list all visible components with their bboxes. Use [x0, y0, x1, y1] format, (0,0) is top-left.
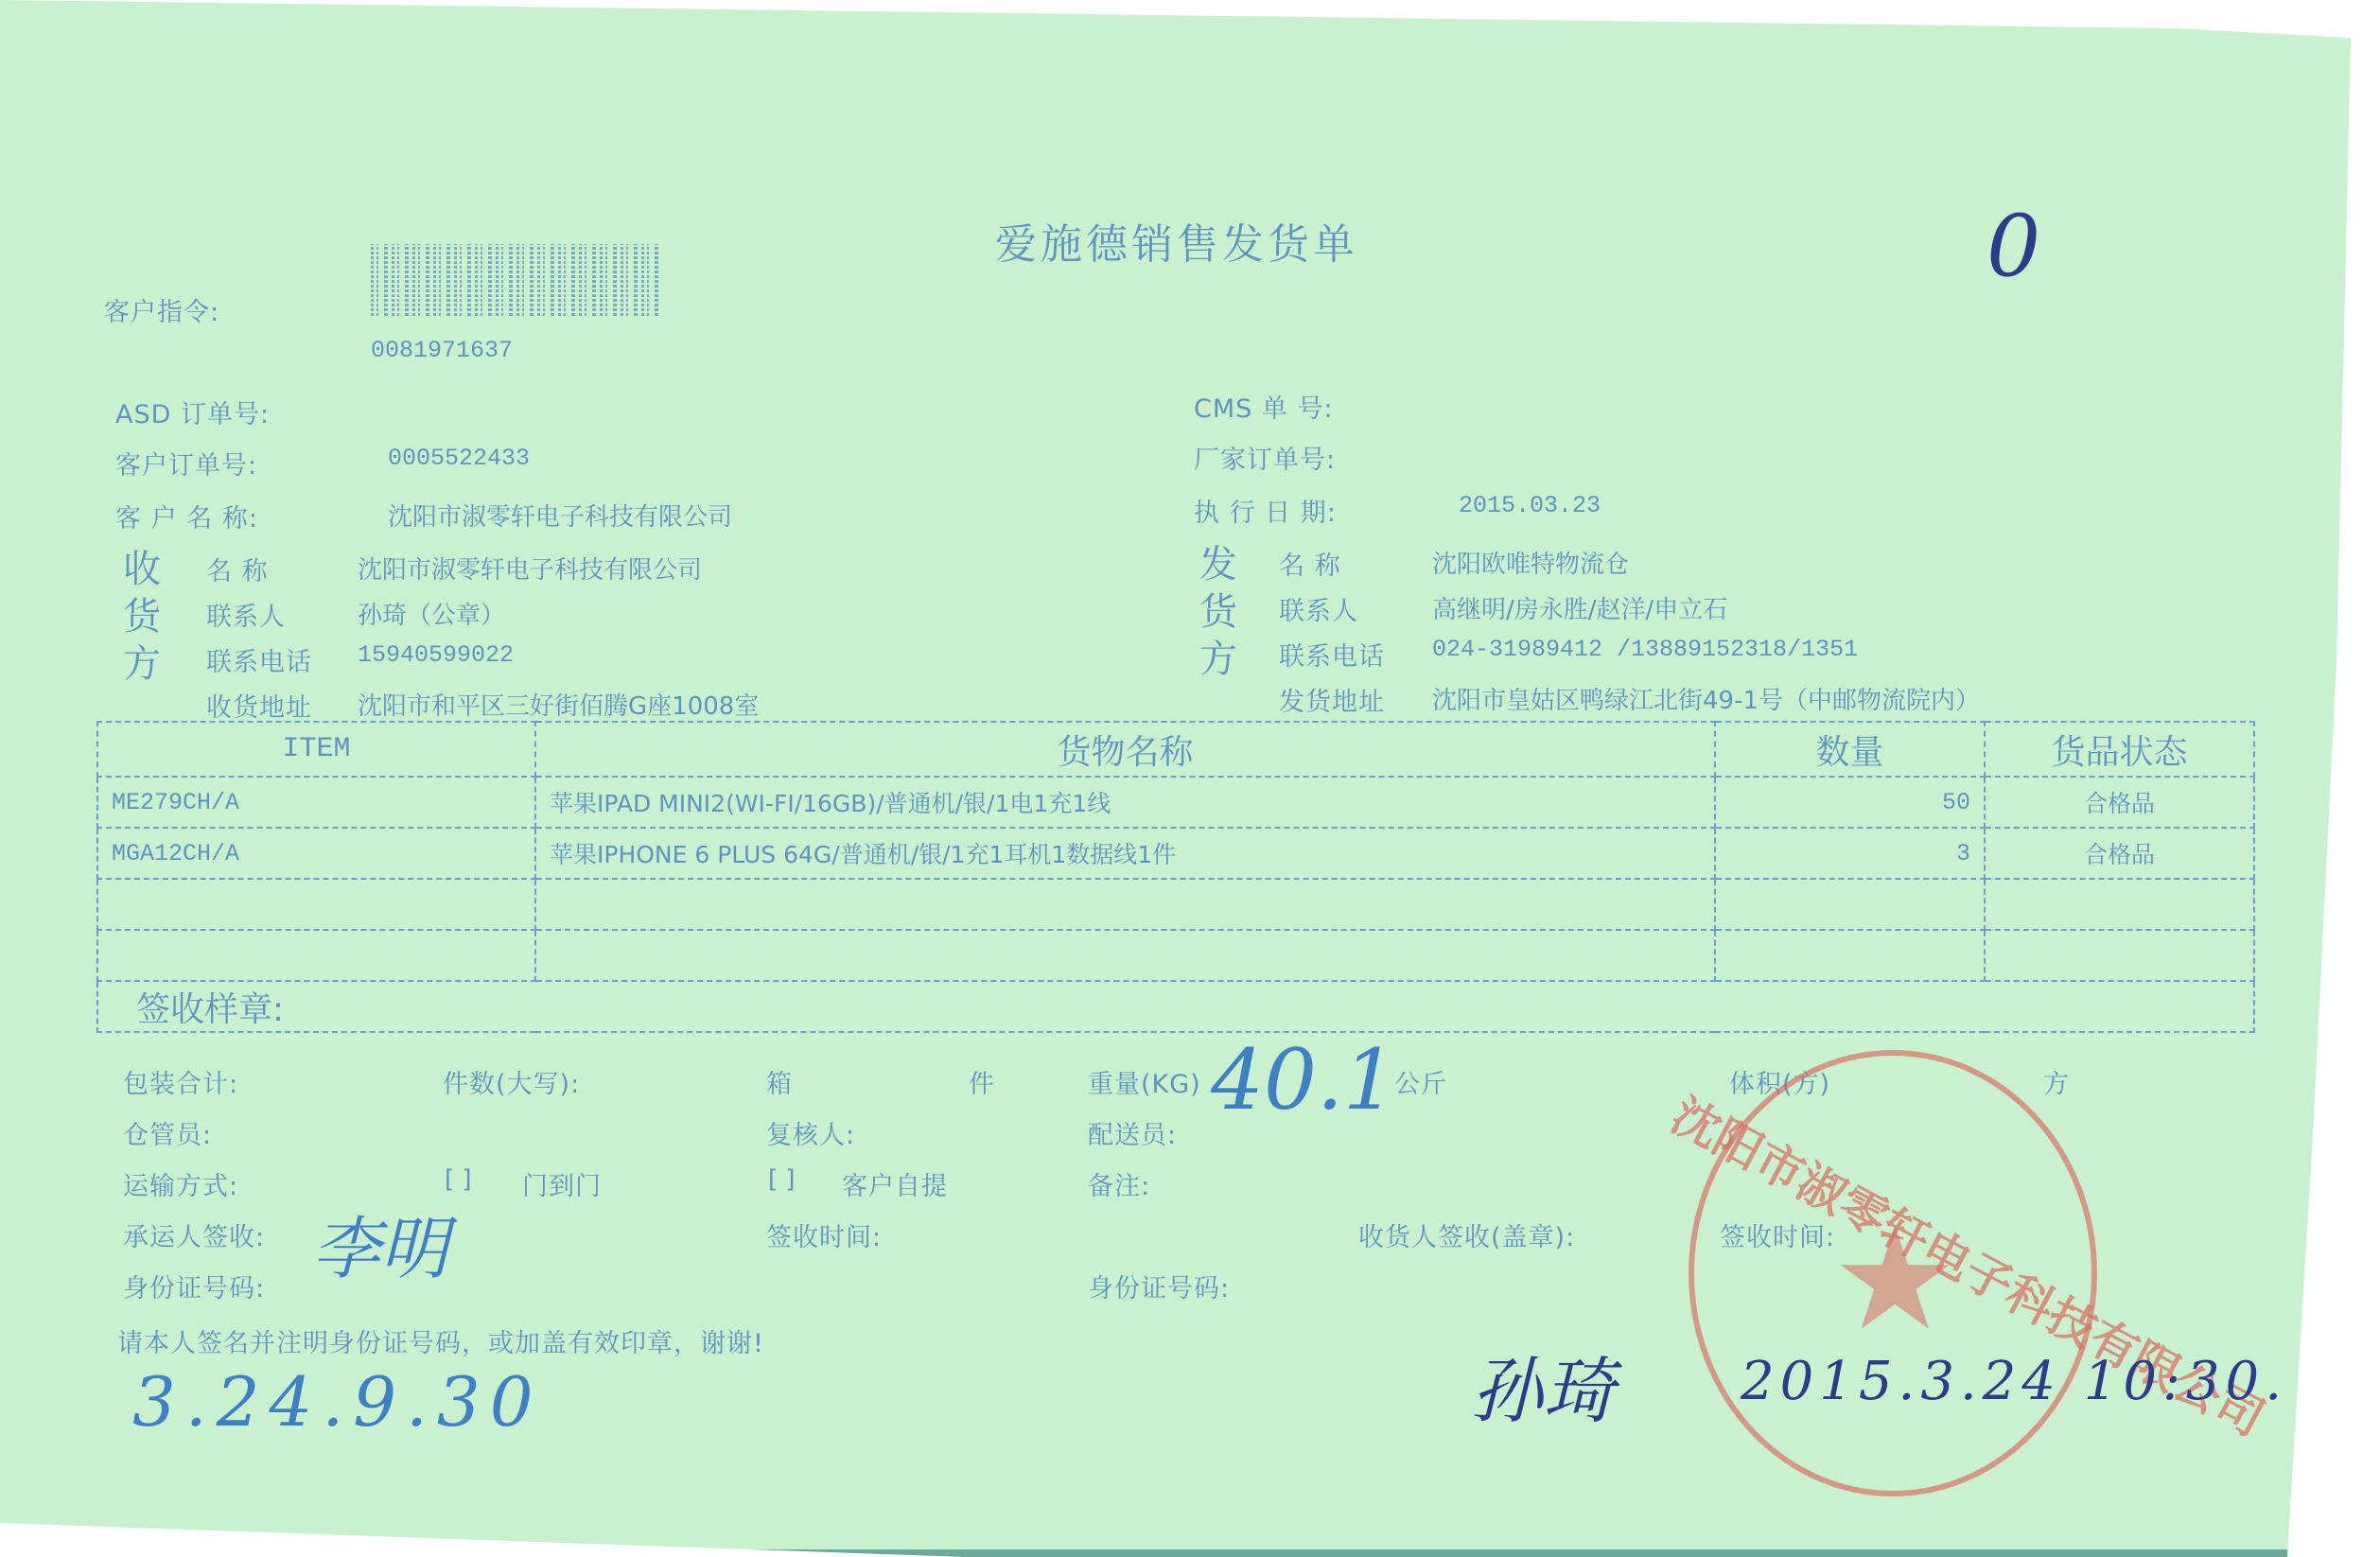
goods-table: ITEM 货物名称 数量 货品状态 ME279CH/A 苹果IPAD MINI2…	[96, 721, 2255, 1033]
receiver-phone-value: 15940599022	[358, 641, 514, 669]
self-pickup-checkbox[interactable]: [ ]	[768, 1165, 796, 1194]
asd-order-no-label: ASD 订单号:	[115, 394, 270, 430]
receiver-side-label-3: 方	[123, 634, 161, 688]
barcode-icon	[371, 244, 662, 316]
execution-date-value: 2015.03.23	[1459, 492, 1601, 519]
cell-status: 合格品	[1985, 777, 2254, 828]
customer-name-label: 客 户 名 称:	[115, 498, 258, 534]
transport-mode-label: 运输方式:	[123, 1165, 238, 1202]
receiver-sign-label: 收货人签收(盖章):	[1358, 1216, 1575, 1253]
pieces-caps-label: 件数(大写):	[443, 1063, 580, 1100]
door-to-door-label: 门到门	[522, 1165, 602, 1202]
sender-name-label: 名 称	[1279, 545, 1341, 582]
receiver-contact-label: 联系人	[206, 596, 286, 633]
column-header-item: ITEM	[97, 722, 535, 777]
weight-label: 重量(KG)	[1088, 1063, 1201, 1100]
execution-date-label: 执 行 日 期:	[1194, 492, 1337, 529]
sender-name-value: 沈阳欧唯特物流仓	[1432, 545, 1629, 580]
document-title: 爱施德销售发货单	[995, 210, 1358, 271]
cell-quantity: 3	[1715, 828, 1985, 879]
cell-goods-name	[535, 930, 1715, 981]
customer-order-no-value: 0005522433	[388, 445, 530, 472]
column-header-goods-name: 货物名称	[535, 722, 1715, 777]
handwritten-time-left: 3.24.9.30	[132, 1362, 543, 1442]
signature-notice: 请本人签名并注明身份证号码，或加盖有效印章，谢谢!	[117, 1322, 764, 1359]
table-header-row: ITEM 货物名称 数量 货品状态	[97, 722, 2254, 777]
sender-phone-value: 024-31989412 /13889152318/1351	[1432, 636, 1858, 663]
sender-side-label-1: 发	[1199, 534, 1237, 588]
receiver-name-label: 名 称	[206, 551, 269, 587]
table-row	[97, 879, 2254, 930]
cell-item: ME279CH/A	[97, 777, 535, 828]
reviewer-label: 复核人:	[766, 1114, 855, 1151]
sender-address-label: 发货地址	[1279, 681, 1385, 718]
cell-item: MGA12CH/A	[97, 828, 535, 879]
cell-item	[97, 930, 535, 981]
receiver-side-label-2: 货	[123, 586, 161, 640]
customer-instruction-label: 客户指令:	[104, 291, 219, 328]
cell-quantity	[1715, 930, 1985, 981]
volume-unit: 方	[2043, 1063, 2070, 1100]
signature-sample-row: 签收样章:	[97, 981, 2254, 1032]
sign-time-label: 签收时间:	[766, 1216, 882, 1253]
receiver-contact-value: 孙琦（公章）	[358, 596, 505, 631]
handwritten-datetime-right: 2015.3.24 10:30.	[1741, 1351, 2287, 1412]
receiver-phone-label: 联系电话	[206, 641, 312, 678]
sender-side-label-2: 货	[1199, 582, 1237, 636]
table-row: MGA12CH/A 苹果IPHONE 6 PLUS 64G/普通机/银/1充1耳…	[97, 828, 2254, 879]
warehouse-keeper-label: 仓管员:	[123, 1114, 212, 1151]
id-no-label: 身份证号码:	[123, 1268, 265, 1304]
receiver-signature: 孙琦	[1471, 1334, 1615, 1437]
cell-item	[97, 879, 535, 930]
cell-status	[1985, 879, 2254, 930]
column-header-quantity: 数量	[1715, 722, 1985, 777]
receiver-address-label: 收货地址	[206, 687, 312, 724]
piece-label: 件	[969, 1063, 995, 1100]
receiver-name-value: 沈阳市淑零轩电子科技有限公司	[358, 551, 702, 586]
receiver-address-value: 沈阳市和平区三好街佰腾G座1008室	[358, 687, 759, 722]
customer-name-value: 沈阳市淑零轩电子科技有限公司	[388, 498, 732, 533]
sender-side-label-3: 方	[1199, 629, 1237, 683]
sender-contact-label: 联系人	[1279, 590, 1358, 627]
sender-contact-value: 高继明/房永胜/赵洋/申立石	[1432, 590, 1727, 625]
factory-order-no-label: 厂家订单号:	[1194, 439, 1336, 476]
cell-status	[1985, 930, 2254, 981]
cell-status: 合格品	[1985, 828, 2254, 879]
handwritten-mark: 0	[1986, 197, 2040, 296]
deliverer-label: 配送员:	[1088, 1114, 1177, 1151]
column-header-status: 货品状态	[1985, 722, 2254, 777]
signature-sample-label: 签收样章:	[97, 981, 2254, 1032]
cell-goods-name: 苹果IPHONE 6 PLUS 64G/普通机/银/1充1耳机1数据线1件	[535, 828, 1715, 879]
weight-handwritten-value: 40.1	[1211, 1031, 1396, 1128]
customer-instruction-value: 0081971637	[371, 337, 513, 364]
carrier-signature: 李明	[312, 1194, 448, 1292]
cell-quantity: 50	[1715, 777, 1985, 828]
cell-quantity	[1715, 879, 1985, 930]
customer-order-no-label: 客户订单号:	[115, 445, 257, 481]
table-row: ME279CH/A 苹果IPAD MINI2(WI-FI/16GB)/普通机/银…	[97, 777, 2254, 828]
cell-goods-name	[535, 879, 1715, 930]
door-to-door-checkbox[interactable]: [ ]	[445, 1165, 472, 1194]
receiver-id-no-label: 身份证号码:	[1088, 1268, 1230, 1304]
table-row	[97, 930, 2254, 981]
cms-no-label: CMS 单 号:	[1194, 388, 1334, 425]
receiver-side-label-1: 收	[123, 539, 161, 593]
sender-address-value: 沈阳市皇姑区鸭绿江北街49-1号（中邮物流院内）	[1432, 681, 1980, 716]
self-pickup-label: 客户自提	[842, 1165, 948, 1202]
weight-unit: 公斤	[1394, 1063, 1447, 1100]
cell-goods-name: 苹果IPAD MINI2(WI-FI/16GB)/普通机/银/1电1充1线	[535, 777, 1715, 828]
box-label: 箱	[766, 1063, 793, 1100]
carrier-sign-label: 承运人签收:	[123, 1216, 265, 1253]
package-total-label: 包装合计:	[123, 1063, 238, 1100]
sender-phone-label: 联系电话	[1279, 636, 1385, 673]
remarks-label: 备注:	[1088, 1165, 1150, 1202]
